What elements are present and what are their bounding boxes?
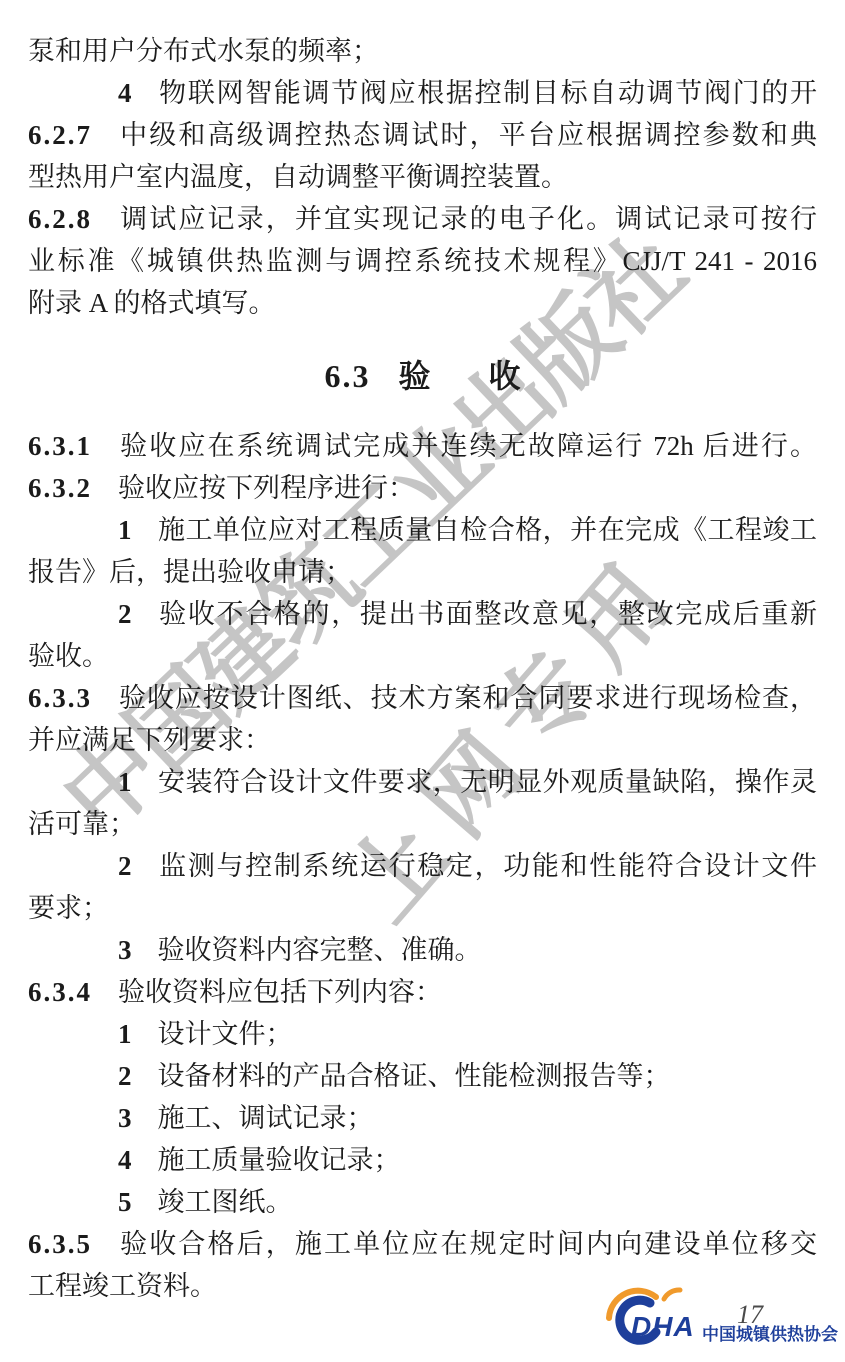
line-text: 验收应在系统调试完成并连续无故障运行 72h 后进行。 xyxy=(118,431,817,461)
section-number: 6.3.4 xyxy=(28,977,92,1007)
item-number: 2 xyxy=(118,599,132,629)
section-number: 6.2.8 xyxy=(28,204,92,234)
item-number: 2 xyxy=(118,1061,132,1091)
item-line: 3施工、调试记录； xyxy=(28,1097,817,1139)
section-line: 6.3.4验收资料应包括下列内容： xyxy=(28,971,817,1013)
line-text: 验收资料内容完整、准确。 xyxy=(158,935,482,965)
item-line: 1安装符合设计文件要求，无明显外观质量缺陷，操作灵 xyxy=(28,761,817,803)
item-line: 4物联网智能调节阀应根据控制目标自动调节阀门的开度。 xyxy=(28,72,817,114)
section-line: 6.2.7中级和高级调控热态调试时，平台应根据调控参数和典 xyxy=(28,114,817,156)
line-text: 工程竣工资料。 xyxy=(28,1271,217,1301)
paragraphs-after-heading: 6.3.1验收应在系统调试完成并连续无故障运行 72h 后进行。6.3.2验收应… xyxy=(28,425,817,1307)
item-line: 2验收不合格的，提出书面整改意见，整改完成后重新 xyxy=(28,593,817,635)
section-line: 6.3.1验收应在系统调试完成并连续无故障运行 72h 后进行。 xyxy=(28,425,817,467)
item-line: 2监测与控制系统运行稳定，功能和性能符合设计文件 xyxy=(28,845,817,887)
text-line: 活可靠； xyxy=(28,803,817,845)
item-number: 3 xyxy=(118,1103,132,1133)
text-line: 型热用户室内温度，自动调整平衡调控装置。 xyxy=(28,156,817,198)
line-text: 监测与控制系统运行稳定，功能和性能符合设计文件 xyxy=(158,851,818,881)
line-text: 设计文件； xyxy=(158,1019,293,1049)
line-text: 施工、调试记录； xyxy=(158,1103,374,1133)
logo-arc-small xyxy=(664,1290,680,1299)
line-text: 设备材料的产品合格证、性能检测报告等； xyxy=(158,1061,671,1091)
text-line: 要求； xyxy=(28,887,817,929)
line-text: 型热用户室内温度，自动调整平衡调控装置。 xyxy=(28,162,568,192)
item-line: 4施工质量验收记录； xyxy=(28,1139,817,1181)
document-page: 中国建筑工业出版社 上网专用 泵和用户分布式水泵的频率；4物联网智能调节阀应根据… xyxy=(0,0,845,1362)
line-text: 并应满足下列要求： xyxy=(28,725,271,755)
text-line: 泵和用户分布式水泵的频率； xyxy=(28,30,817,72)
line-text: 活可靠； xyxy=(28,809,136,839)
line-text: 验收应按下列程序进行： xyxy=(118,473,415,503)
text-line: 业标准《城镇供热监测与调控系统技术规程》CJJ/T 241 - 2016 xyxy=(28,240,817,282)
item-number: 1 xyxy=(118,767,132,797)
text-line: 报告》后，提出验收申请； xyxy=(28,551,817,593)
text-line: 并应满足下列要求： xyxy=(28,719,817,761)
line-text: 要求； xyxy=(28,893,109,923)
dha-logo-icon: DHA xyxy=(604,1286,700,1348)
item-number: 4 xyxy=(118,1145,132,1175)
association-logo: DHA 中国城镇供热协会 xyxy=(604,1286,840,1348)
item-line: 5竣工图纸。 xyxy=(28,1181,817,1223)
line-text: 验收资料应包括下列内容： xyxy=(118,977,442,1007)
line-text: 安装符合设计文件要求，无明显外观质量缺陷，操作灵 xyxy=(158,767,818,797)
item-number: 2 xyxy=(118,851,132,881)
item-number: 3 xyxy=(118,935,132,965)
line-text: 验收不合格的，提出书面整改意见，整改完成后重新 xyxy=(158,599,818,629)
section-line: 6.3.5验收合格后，施工单位应在规定时间内向建设单位移交 xyxy=(28,1223,817,1265)
section-number: 6.3.2 xyxy=(28,473,92,503)
line-text: 验收合格后，施工单位应在规定时间内向建设单位移交 xyxy=(118,1229,817,1259)
section-number: 6.3.3 xyxy=(28,683,92,713)
line-text: 附录 A 的格式填写。 xyxy=(28,288,276,318)
section-line: 6.2.8调试应记录，并宜实现记录的电子化。调试记录可按行 xyxy=(28,198,817,240)
section-line: 6.3.3验收应按设计图纸、技术方案和合同要求进行现场检查， xyxy=(28,677,817,719)
item-number: 4 xyxy=(118,78,132,108)
line-text: 竣工图纸。 xyxy=(158,1187,293,1217)
line-text: 调试应记录，并宜实现记录的电子化。调试记录可按行 xyxy=(118,204,817,234)
text-line: 验收。 xyxy=(28,635,817,677)
line-text: 物联网智能调节阀应根据控制目标自动调节阀门的开度。 xyxy=(118,78,817,114)
line-text: 施工单位应对工程质量自检合格，并在完成《工程竣工 xyxy=(158,515,818,545)
item-line: 1施工单位应对工程质量自检合格，并在完成《工程竣工 xyxy=(28,509,817,551)
paragraphs-before-heading: 泵和用户分布式水泵的频率；4物联网智能调节阀应根据控制目标自动调节阀门的开度。6… xyxy=(28,30,817,324)
line-text: 验收应按设计图纸、技术方案和合同要求进行现场检查， xyxy=(118,683,817,713)
document-body: 泵和用户分布式水泵的频率；4物联网智能调节阀应根据控制目标自动调节阀门的开度。6… xyxy=(28,30,817,1307)
association-name: 中国城镇供热协会 xyxy=(702,1320,838,1345)
section-number: 6.2.7 xyxy=(28,120,92,150)
line-text: 施工质量验收记录； xyxy=(158,1145,401,1175)
line-text: 泵和用户分布式水泵的频率； xyxy=(28,36,379,66)
line-text: 业标准《城镇供热监测与调控系统技术规程》CJJ/T 241 - 2016 xyxy=(28,246,817,276)
item-line: 2设备材料的产品合格证、性能检测报告等； xyxy=(28,1055,817,1097)
section-number: 6.3.5 xyxy=(28,1229,92,1259)
logo-abbr: DHA xyxy=(631,1311,695,1342)
section-heading-char-1: 验 xyxy=(398,354,430,398)
section-heading: 6.3 验 收 xyxy=(28,354,817,398)
line-text: 验收。 xyxy=(28,641,109,671)
section-heading-number: 6.3 xyxy=(324,354,370,398)
section-heading-char-2: 收 xyxy=(489,354,521,398)
item-line: 1设计文件； xyxy=(28,1013,817,1055)
section-line: 6.3.2验收应按下列程序进行： xyxy=(28,467,817,509)
item-number: 5 xyxy=(118,1187,132,1217)
text-line: 附录 A 的格式填写。 xyxy=(28,282,817,324)
line-text: 中级和高级调控热态调试时，平台应根据调控参数和典 xyxy=(118,120,817,150)
item-number: 1 xyxy=(118,1019,132,1049)
line-text: 报告》后，提出验收申请； xyxy=(28,557,352,587)
section-number: 6.3.1 xyxy=(28,431,92,461)
item-number: 1 xyxy=(118,515,132,545)
item-line: 3验收资料内容完整、准确。 xyxy=(28,929,817,971)
